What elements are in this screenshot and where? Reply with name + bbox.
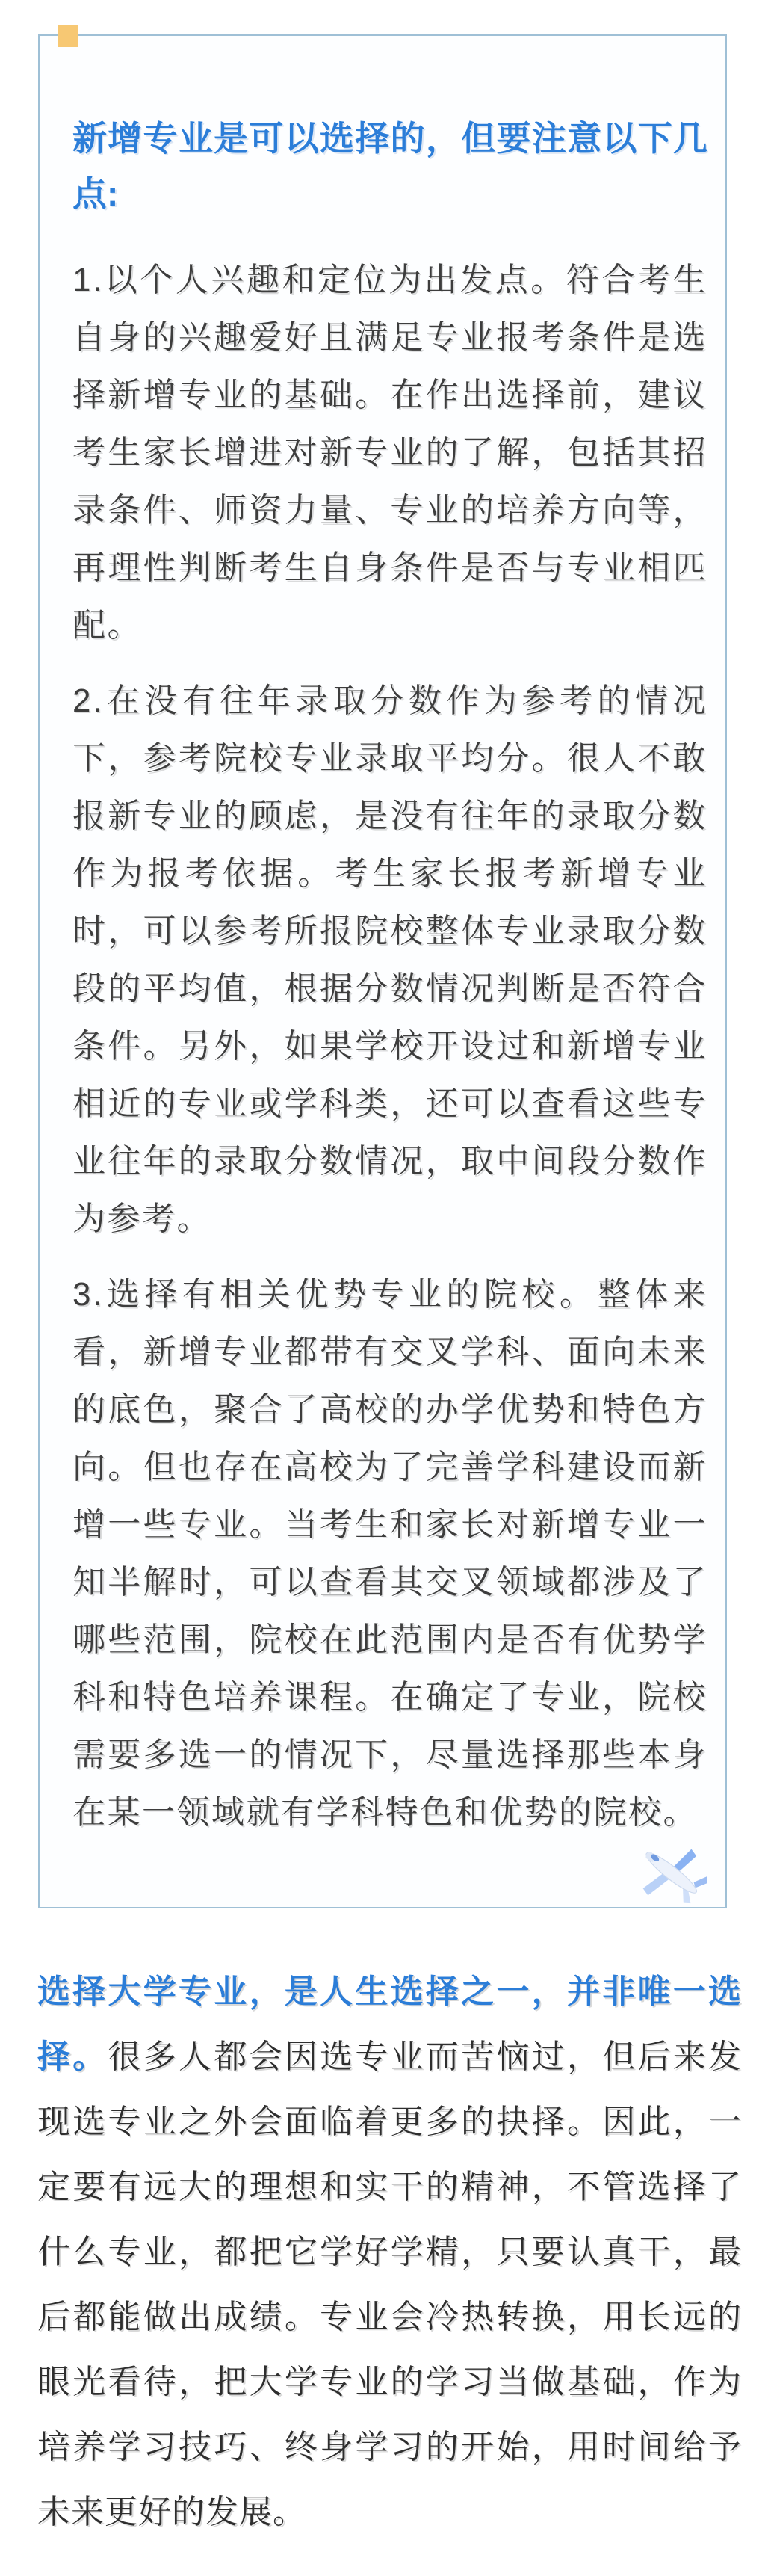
article-page: 新增专业是可以选择的，但要注意以下几点: 1.以个人兴趣和定位为出发点。符合考生…	[0, 0, 765, 2576]
outro-body-text: 很多人都会因选专业而苦恼过，但后来发现选专业之外会面临着更多的抉择。因此，一定要…	[37, 2039, 742, 2530]
outro-paragraph: 选择大学专业，是人生选择之一，并非唯一选择。很多人都会因选专业而苦恼过，但后来发…	[37, 1959, 742, 2576]
card-paragraph-1: 1.以个人兴趣和定位为出发点。符合考生自身的兴趣爱好且满足专业报考条件是选择新增…	[72, 251, 707, 654]
yellow-corner-marker	[58, 25, 78, 47]
card-paragraph-2: 2.在没有往年录取分数作为参考的情况下，参考院校专业录取平均分。很人不敢报新专业…	[72, 672, 707, 1248]
card-heading: 新增专业是可以选择的，但要注意以下几点:	[72, 111, 707, 221]
airplane-icon	[633, 1835, 707, 1910]
airplane-decoration-row	[72, 1841, 707, 1905]
card-paragraph-3: 3.选择有相关优势专业的院校。整体来看，新增专业都带有交叉学科、面向未来的底色，…	[72, 1266, 707, 1841]
key-points-card: 新增专业是可以选择的，但要注意以下几点: 1.以个人兴趣和定位为出发点。符合考生…	[38, 34, 727, 1908]
